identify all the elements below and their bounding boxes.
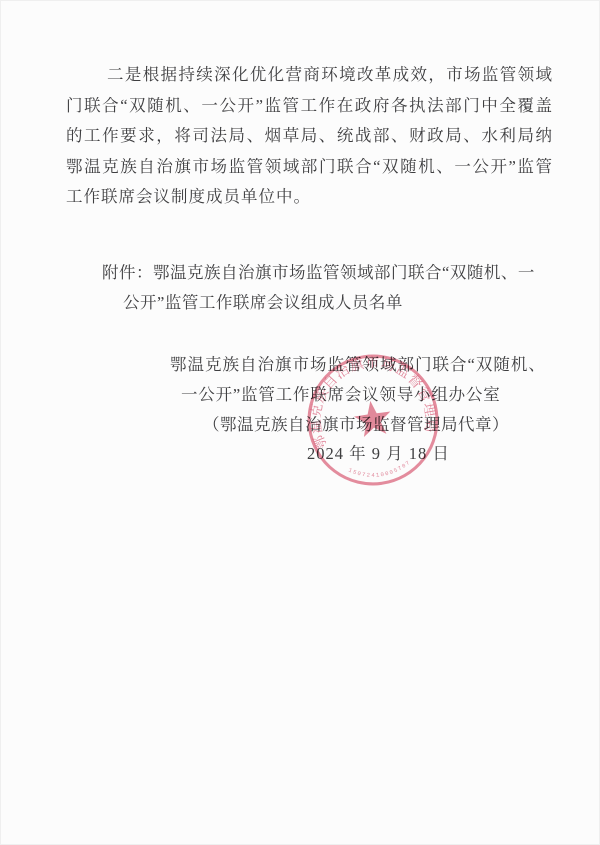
- paragraph-line: 二是根据持续深化优化营商环境改革成效，市场监管领域部: [66, 60, 553, 91]
- attachment-line: 公开”监管工作联席会议组成人员名单: [123, 288, 566, 318]
- paragraph-line: 门联合“双随机、一公开”监管工作在政府各执法部门中全覆盖: [66, 91, 553, 122]
- paragraph-line: 工作联席会议制度成员单位中。: [66, 182, 553, 213]
- signature-line: 鄂温克族自治旗市场监管领域部门联合“双随机、: [170, 350, 600, 380]
- signature-line: （鄂温克族自治旗市场监督管理局代章）: [203, 410, 600, 440]
- signature-line: 一公开”监管工作联席会议领导小组办公室: [181, 380, 600, 410]
- paragraph-line: 的工作要求，将司法局、烟草局、统战部、财政局、水利局纳入: [66, 121, 553, 152]
- document-page: 二是根据持续深化优化营商环境改革成效，市场监管领域部 门联合“双随机、一公开”监…: [0, 0, 600, 845]
- signature-block: 鄂温克族自治旗市场监管领域部门联合“双随机、 一公开”监管工作联席会议领导小组办…: [0, 350, 600, 469]
- body-paragraph: 二是根据持续深化优化营商环境改革成效，市场监管领域部 门联合“双随机、一公开”监…: [66, 60, 553, 213]
- paragraph-line: 鄂温克族自治旗市场监管领域部门联合“双随机、一公开”监管: [66, 152, 553, 183]
- attachment-block: 附件：鄂温克族自治旗市场监管领域部门联合“双随机、一 公开”监管工作联席会议组成…: [66, 258, 566, 317]
- attachment-line: 附件：鄂温克族自治旗市场监管领域部门联合“双随机、一: [102, 258, 566, 288]
- date-text: 2024 年 9 月 18 日: [307, 439, 600, 469]
